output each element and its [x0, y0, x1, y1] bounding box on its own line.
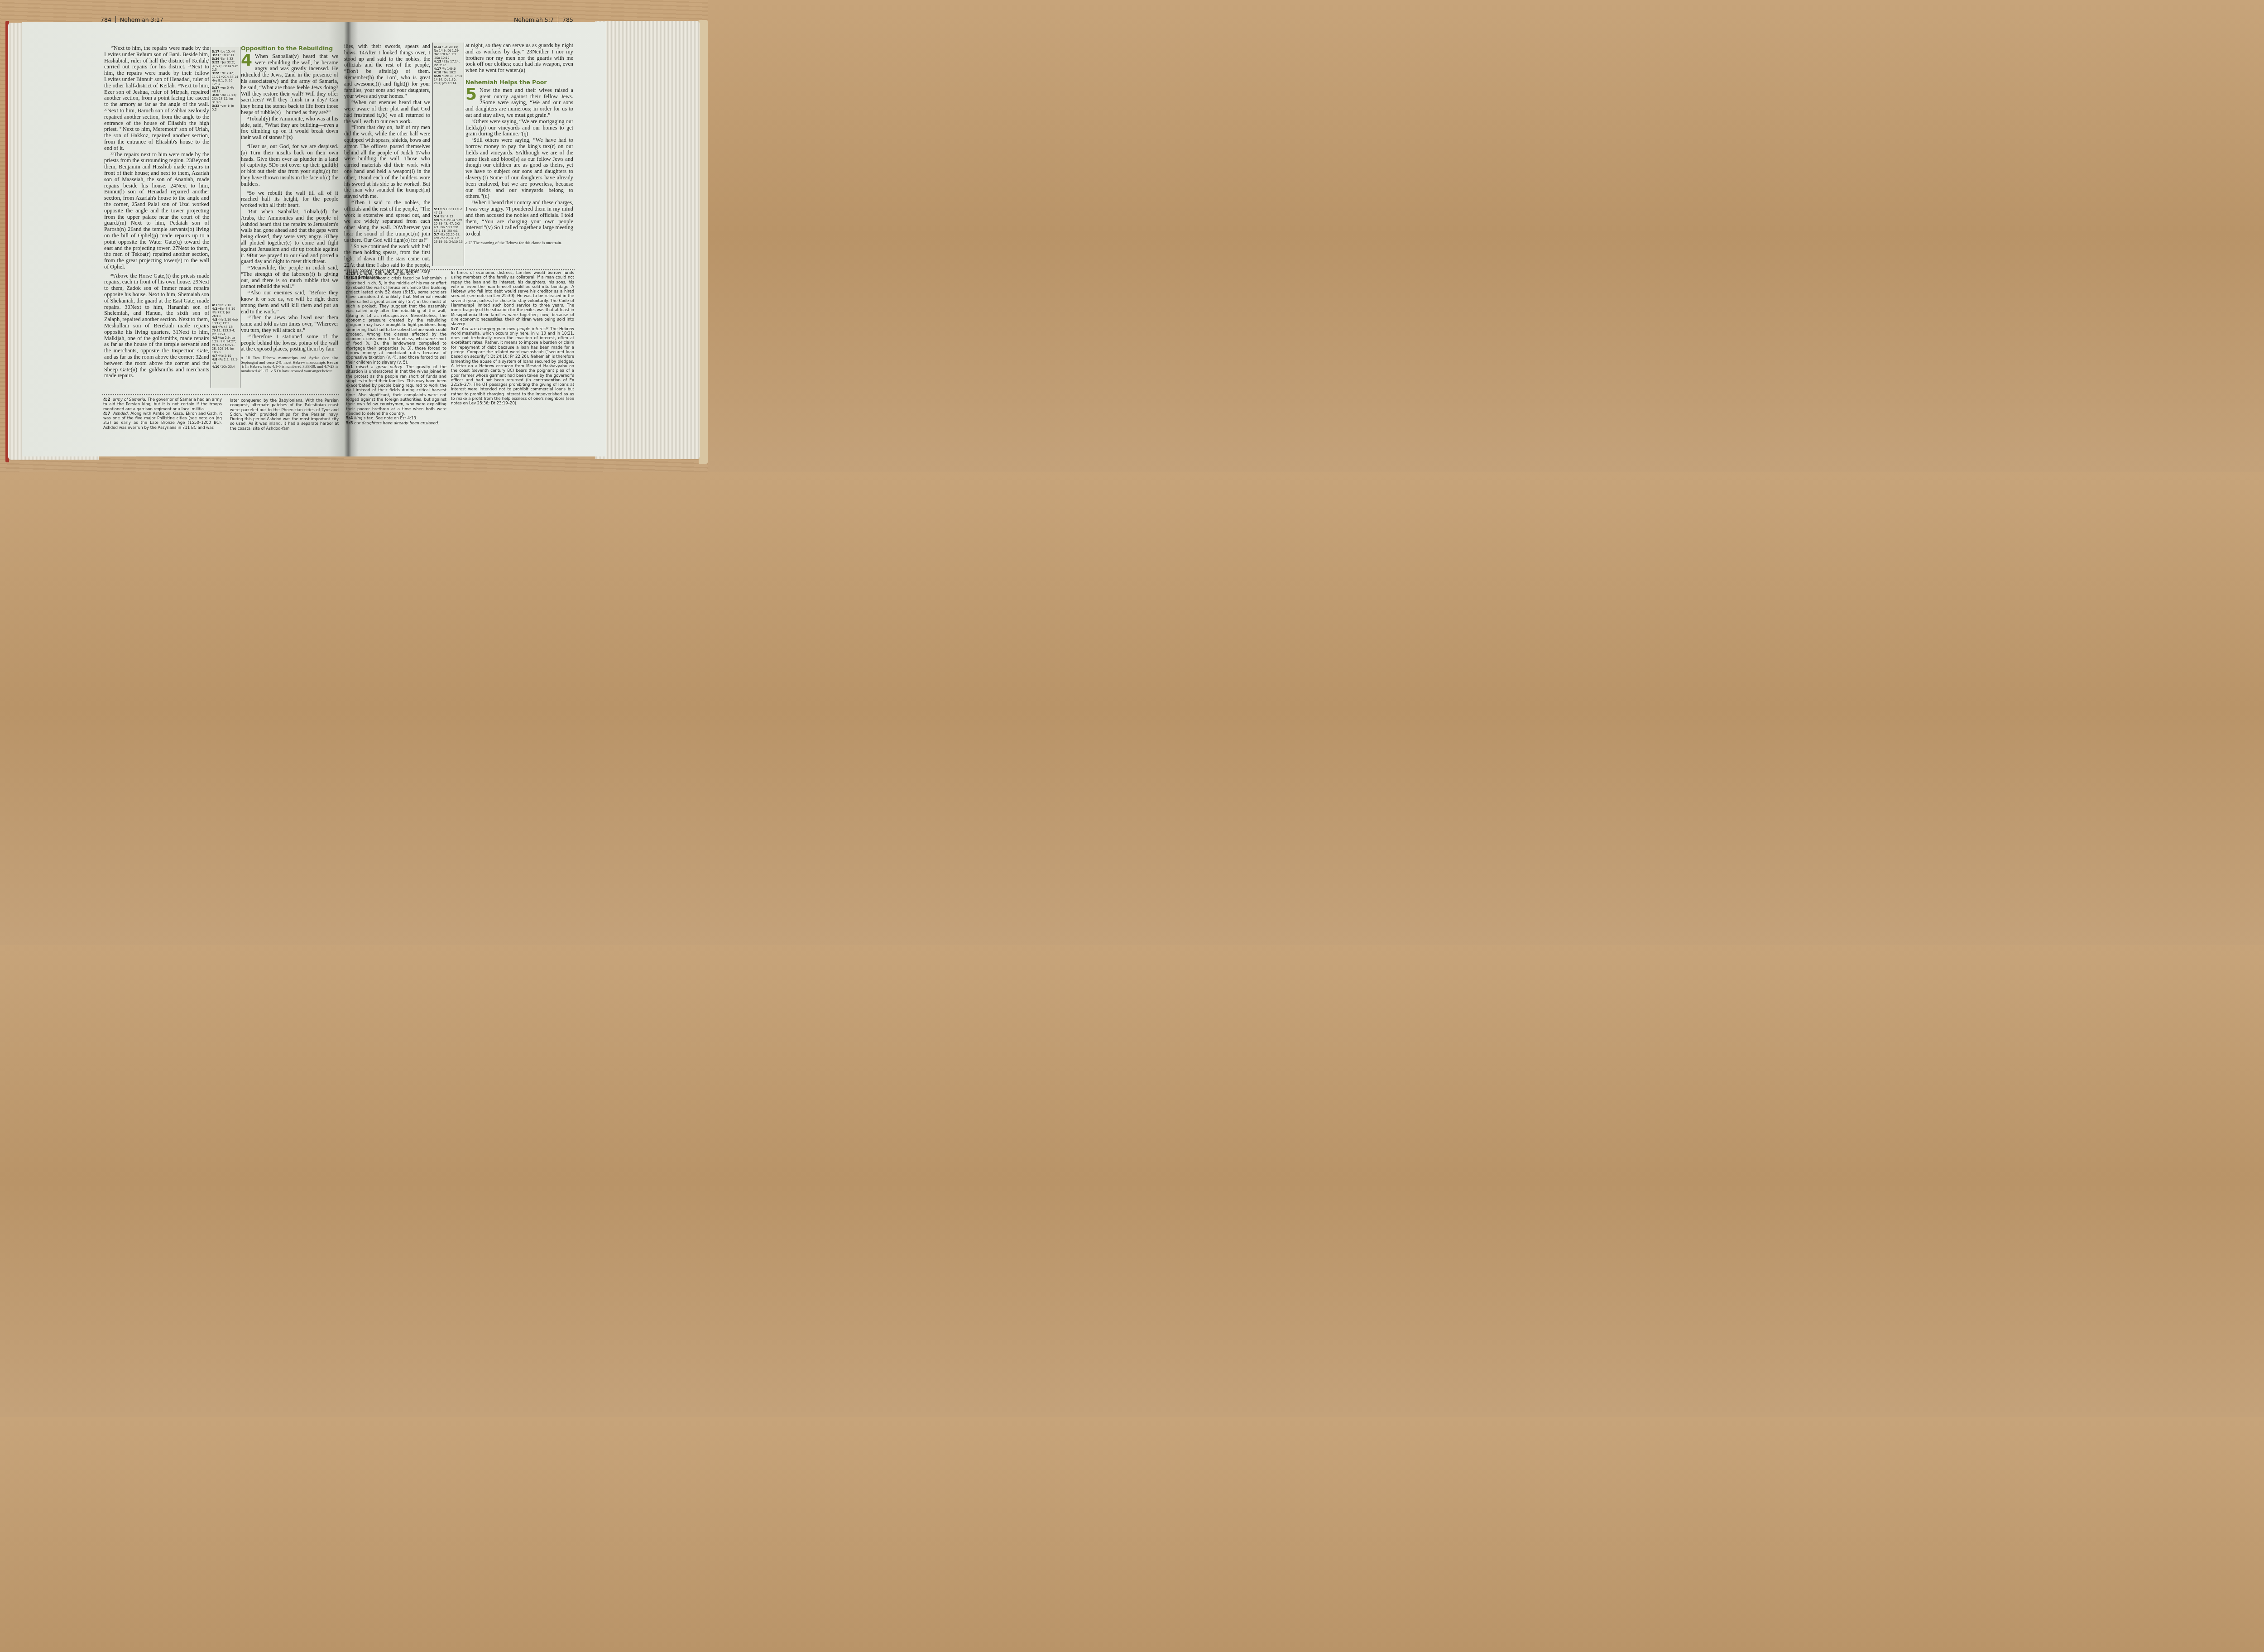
- xref-entry: 4:4 ᵃPs 44:13; 79:12; 123:3-4; Jer 33:24: [212, 325, 239, 336]
- running-head-reference: Nehemiah 5:7: [514, 16, 554, 23]
- verse-paragraph-10: 10Meanwhile, the people in Judah said, “…: [241, 265, 338, 290]
- verse-paragraph: 17Next to him, the repairs were made by …: [104, 45, 209, 152]
- xref-entry: 4:20 ⁿEze 33:3 ᵒEx 14:14; Dt 1:30; 20:4;…: [434, 74, 463, 85]
- xref-entry: 4:15 ᵏ2Sa 17:14; Job 5:12: [434, 60, 463, 67]
- study-notes-left-1: 4:2 army of Samaria. The governor of Sam…: [103, 398, 222, 430]
- head-divider: [558, 16, 558, 23]
- left-column-nehemiah-3: 17Next to him, the repairs were made by …: [104, 45, 209, 379]
- right-column-nehemiah-5: at night, so they can serve us as guards…: [465, 43, 573, 245]
- study-note-continued: In times of economic distress, families …: [451, 271, 574, 327]
- xref-entry: 4:14 ᵍGe 28:15; Nu 14:9; Dt 1:29 ʰNe 1:8…: [434, 45, 463, 60]
- xref-entry: 3:26 ᵒNe 7:46; 11:21 ᵖ2Ch 33:14 ᵠNe 8:1,…: [212, 72, 239, 86]
- verse-paragraph-16: 16From that day on, half of my men did t…: [344, 125, 430, 200]
- cross-references-ch4: 4:1 ᵛNe 2:104:2 ʷEzr 4:9-10 ˣPs 79:1; Je…: [212, 303, 239, 369]
- xref-entry: 3:27 ʳver 5 ˢPs 48:12: [212, 86, 239, 93]
- xref-entry: 4:2 ʷEzr 4:9-10 ˣPs 79:1; Jer 26:18: [212, 307, 239, 318]
- verse-paragraph-4: 4Still others were saying, “We have had …: [465, 137, 573, 200]
- xref-entry: 3:24 ˡEzr 8:33: [212, 57, 239, 61]
- verse-paragraph-3: 3Others were saying, “We are mortgaging …: [465, 119, 573, 137]
- xref-entry: 4:10 ᶠ1Ch 23:4: [212, 365, 239, 369]
- study-notes-divider: [347, 269, 576, 270]
- head-divider: [115, 16, 116, 23]
- xref-entry: 4:7 ᵈNe 2:10: [212, 354, 239, 358]
- xref-entry: 4:5 ᵇIsa 2:9; La 1:22 ᶜ2Ki 14:27; Ps 51:…: [212, 336, 239, 354]
- translation-footnote: a 23 The meaning of the Hebrew for this …: [465, 241, 573, 245]
- study-note: 5:1–19 The economic crisis faced by Nehe…: [346, 276, 446, 365]
- left-column-nehemiah-4: Opposition to the Rebuilding 4When Sanba…: [241, 45, 338, 374]
- verse-paragraph-7: 7But when Sanballat, Tobiah,(d) the Arab…: [241, 209, 338, 265]
- translation-footnotes: a 18 Two Hebrew manuscripts and Syriac (…: [241, 356, 338, 373]
- study-notes-right-1: 4:18 trumpet. See note on Jos 6:4. 5:1–1…: [346, 272, 446, 426]
- cross-references-ch3: 3:17 ʲJos 15:443:21 ᵏEzr 8:333:24 ˡEzr 8…: [212, 50, 239, 111]
- cross-references-ch4-right: 4:14 ᵍGe 28:15; Nu 14:9; Dt 1:29 ʰNe 1:8…: [434, 45, 463, 85]
- xref-entry: 3:21 ᵏEzr 8:33: [212, 53, 239, 57]
- xref-entry: 5:5 ˢGe 29:14 ᵗLev 25:39-43, 47; 2Ki 4:1…: [434, 218, 463, 233]
- study-note: 5:1 raised a great outcry. The gravity o…: [346, 365, 446, 416]
- verse-number: 17: [110, 45, 114, 49]
- xref-entry: 4:3 ʸNe 2:10 ᶻJob 13:12; 15:3: [212, 318, 239, 325]
- section-heading: Opposition to the Rebuilding: [241, 45, 338, 52]
- study-note: 4:18 trumpet. See note on Jos 6:4.: [346, 272, 446, 276]
- study-notes-divider: [102, 394, 340, 395]
- verse-paragraph-15: 15When our enemies heard that we were aw…: [344, 100, 430, 125]
- xref-entry: 5:3 ᵖPs 109:11 ᵠGe 47:23: [434, 207, 463, 215]
- verse-paragraph-13: 13Therefore I stationed some of the peop…: [241, 334, 338, 352]
- study-notes-right-2: In times of economic distress, families …: [451, 271, 574, 406]
- xref-entry: 4:8 ᵉPs 2:2; 83:1-18: [212, 358, 239, 365]
- right-page-stack: [595, 21, 700, 459]
- xref-entry: 4:17 ˡPs 149:6: [434, 67, 463, 71]
- xref-entry: 3:32 ᵘver 1; Jn 5:2: [212, 104, 239, 111]
- study-note: 4:7 Ashdod. Along with Ashkelon, Gaza, E…: [103, 412, 222, 430]
- cross-references-ch5: 5:3 ᵖPs 109:11 ᵠGe 47:235:4 ʳEzr 4:135:5…: [434, 207, 463, 244]
- verse-paragraph-22-cont: at night, so they can serve us as guards…: [465, 43, 573, 74]
- verse-paragraph-6: 6So we rebuilt the wall till all of it r…: [241, 190, 338, 209]
- right-column-nehemiah-4: ilies, with their swords, spears and bow…: [344, 43, 430, 281]
- chapter-5-opening: 5Now the men and their wives raised a gr…: [465, 87, 573, 119]
- verse-paragraph-19: 19Then I said to the nobles, the officia…: [344, 200, 430, 244]
- study-note: 5:5 our daughters have already been ensl…: [346, 421, 446, 426]
- verse-paragraph-11: 11Also our enemies said, “Before they kn…: [241, 290, 338, 315]
- right-running-head: Nehemiah 5:7 785: [514, 16, 573, 23]
- xref-entry: 4:18 ᵐNu 10:2: [434, 71, 463, 74]
- study-note-continued: later conquered by the Babylonians. With…: [230, 399, 339, 431]
- xref-marker: j: [208, 58, 209, 62]
- left-running-head: 784 Nehemiah 3:17: [101, 16, 163, 23]
- verse-paragraph-6: 6When I heard their outcry and these cha…: [465, 200, 573, 237]
- study-note: 4:2 army of Samaria. The governor of Sam…: [103, 398, 222, 412]
- verse-paragraph-12: 12Then the Jews who lived near them came…: [241, 315, 338, 333]
- chapter-number: 5: [465, 88, 477, 101]
- xref-entry: 5:7 ᵛEx 22:25-27; Lev 25:35-37; Dt 23:19…: [434, 233, 463, 244]
- verse-paragraph-3: 3Tobiah(y) the Ammonite, who was at his …: [241, 116, 338, 141]
- section-heading: Nehemiah Helps the Poor: [465, 79, 573, 86]
- xref-entry: 3:25 ᵐJer 32:2; 37:21; 39:14 ⁿEzr 2:3: [212, 61, 239, 72]
- xref-entry: 3:17 ʲJos 15:44: [212, 50, 239, 53]
- page-number-right: 785: [562, 16, 573, 23]
- back-cover-edge: [699, 20, 708, 464]
- study-notes-left-2: later conquered by the Babylonians. With…: [230, 399, 339, 431]
- chapter-number: 4: [241, 54, 252, 67]
- verse-paragraph-28: 28Above the Horse Gate,(t) the priests m…: [104, 273, 209, 379]
- page-number-left: 784: [101, 16, 111, 23]
- xref-entry: 3:28 ᵗ2Ki 11:16; 2Ch 23:15; Jer 31:40: [212, 93, 239, 104]
- xref-entry: 4:1 ᵛNe 2:10: [212, 303, 239, 307]
- verse-paragraph-22: 22The repairs next to him were made by t…: [104, 152, 209, 270]
- verse-number: 19: [177, 83, 181, 86]
- study-note: 5:7 You are charging your own people int…: [451, 327, 574, 406]
- verse-paragraph-13-cont: ilies, with their swords, spears and bow…: [344, 43, 430, 100]
- running-head-reference: Nehemiah 3:17: [120, 16, 163, 23]
- study-note: 5:4 king's tax. See note on Ezr 4:13.: [346, 416, 446, 421]
- chapter-4-opening: 4When Sanballat(v) heard that we were re…: [241, 53, 338, 116]
- xref-entry: 5:4 ʳEzr 4:13: [434, 215, 463, 218]
- verse-number: 20: [104, 108, 107, 111]
- verse-paragraph-4: 4Hear us, our God, for we are despised.(…: [241, 144, 338, 187]
